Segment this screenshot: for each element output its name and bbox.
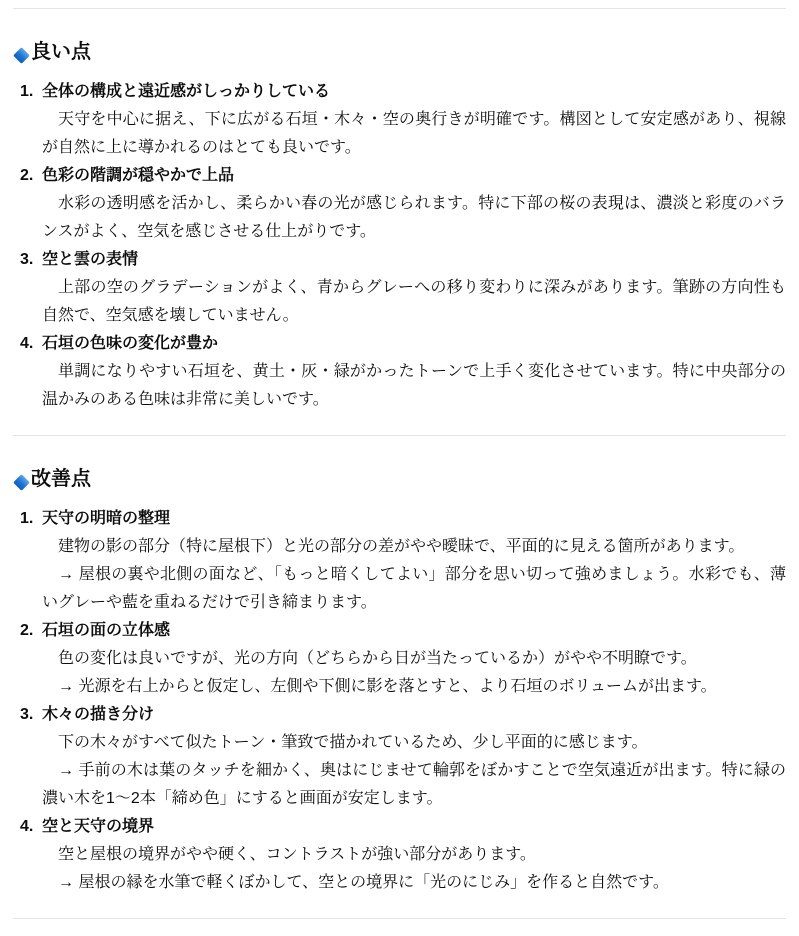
list-item: 2. 色彩の階調が穏やかで上品 水彩の透明感を活かし、柔らかい春の光が感じられま…	[13, 162, 786, 246]
section-improvement-points: 改善点 1. 天守の明暗の整理 建物の影の部分（特に屋根下）と光の部分の差がやや…	[13, 465, 786, 897]
item-title: 色彩の階調が穏やかで上品	[42, 162, 786, 190]
item-title: 天守の明暗の整理	[42, 505, 786, 533]
item-number: 3.	[20, 701, 33, 729]
blue-diamond-icon	[13, 471, 30, 488]
list-item: 3. 空と雲の表情 上部の空のグラデーションがよく、青からグレーへの移り変わりに…	[13, 246, 786, 330]
item-number: 2.	[20, 617, 33, 645]
section-heading-label: 良い点	[31, 38, 91, 66]
list-item: 1. 天守の明暗の整理 建物の影の部分（特に屋根下）と光の部分の差がやや曖昧で、…	[13, 505, 786, 617]
item-number: 3.	[20, 246, 33, 274]
item-paragraph: 単調になりやすい石垣を、黄土・灰・緑がかったトーンで上手く変化させています。特に…	[42, 358, 786, 414]
item-title: 空と天守の境界	[42, 813, 786, 841]
feedback-document: 良い点 1. 全体の構成と遠近感がしっかりしている 天守を中心に据え、下に広がる…	[0, 0, 799, 919]
item-title: 石垣の面の立体感	[42, 617, 786, 645]
good-points-list: 1. 全体の構成と遠近感がしっかりしている 天守を中心に据え、下に広がる石垣・木…	[13, 78, 786, 414]
item-title: 石垣の色味の変化が豊か	[42, 330, 786, 358]
blue-diamond-icon	[13, 44, 30, 61]
item-suggestion-paragraph: → 光源を右上からと仮定し、左側や下側に影を落とすと、より石垣のボリュームが出ま…	[42, 673, 786, 701]
list-item: 4. 石垣の色味の変化が豊か 単調になりやすい石垣を、黄土・灰・緑がかったトーン…	[13, 330, 786, 414]
list-item: 2. 石垣の面の立体感 色の変化は良いですが、光の方向（どちらから日が当たってい…	[13, 617, 786, 701]
divider-bottom	[13, 918, 786, 919]
item-title: 全体の構成と遠近感がしっかりしている	[42, 78, 786, 106]
item-paragraph: 天守を中心に据え、下に広がる石垣・木々・空の奥行きが明確です。構図として安定感が…	[42, 106, 786, 162]
section-good-points: 良い点 1. 全体の構成と遠近感がしっかりしている 天守を中心に据え、下に広がる…	[13, 38, 786, 414]
item-number: 4.	[20, 813, 33, 841]
item-title: 木々の描き分け	[42, 701, 786, 729]
section-heading-label: 改善点	[31, 465, 91, 493]
section-improvement-points-heading: 改善点	[13, 465, 786, 493]
item-suggestion-paragraph: → 屋根の裏や北側の面など、「もっと暗くしてよい」部分を思い切って強めましょう。…	[42, 561, 786, 617]
item-title: 空と雲の表情	[42, 246, 786, 274]
divider-middle	[13, 435, 786, 436]
item-suggestion-paragraph: → 屋根の縁を水筆で軽くぼかして、空との境界に「光のにじみ」を作ると自然です。	[42, 869, 786, 897]
item-suggestion-paragraph: → 手前の木は葉のタッチを細かく、奥はにじませて輪郭をぼかすことで空気遠近が出ま…	[42, 757, 786, 813]
item-paragraph: 建物の影の部分（特に屋根下）と光の部分の差がやや曖昧で、平面的に見える箇所があり…	[42, 533, 786, 561]
divider-top	[13, 8, 786, 9]
improvement-points-list: 1. 天守の明暗の整理 建物の影の部分（特に屋根下）と光の部分の差がやや曖昧で、…	[13, 505, 786, 897]
item-paragraph: 色の変化は良いですが、光の方向（どちらから日が当たっているか）がやや不明瞭です。	[42, 645, 786, 673]
item-paragraph: 水彩の透明感を活かし、柔らかい春の光が感じられます。特に下部の桜の表現は、濃淡と…	[42, 190, 786, 246]
item-number: 4.	[20, 330, 33, 358]
list-item: 1. 全体の構成と遠近感がしっかりしている 天守を中心に据え、下に広がる石垣・木…	[13, 78, 786, 162]
item-paragraph: 空と屋根の境界がやや硬く、コントラストが強い部分があります。	[42, 841, 786, 869]
list-item: 4. 空と天守の境界 空と屋根の境界がやや硬く、コントラストが強い部分があります…	[13, 813, 786, 897]
list-item: 3. 木々の描き分け 下の木々がすべて似たトーン・筆致で描かれているため、少し平…	[13, 701, 786, 813]
item-number: 1.	[20, 505, 33, 533]
item-number: 1.	[20, 78, 33, 106]
item-paragraph: 上部の空のグラデーションがよく、青からグレーへの移り変わりに深みがあります。筆跡…	[42, 274, 786, 330]
item-number: 2.	[20, 162, 33, 190]
item-paragraph: 下の木々がすべて似たトーン・筆致で描かれているため、少し平面的に感じます。	[42, 729, 786, 757]
section-good-points-heading: 良い点	[13, 38, 786, 66]
